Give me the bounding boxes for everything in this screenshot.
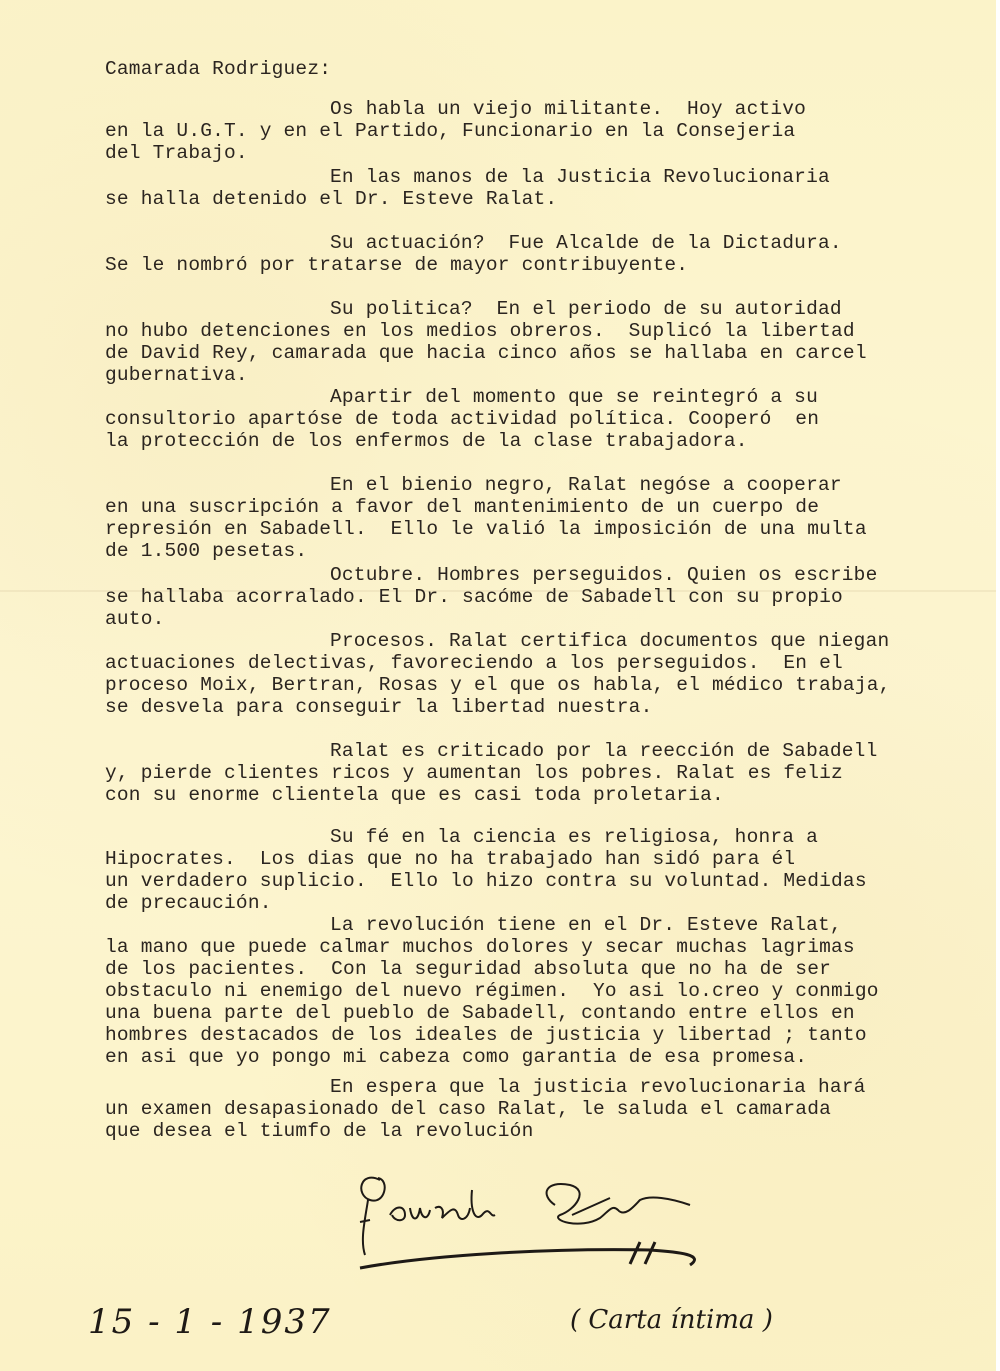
letter-line: no hubo detenciones en los medios obrero… [105, 320, 855, 342]
letter-line: la protección de los enfermos de la clas… [105, 430, 748, 452]
handwritten-date: 15 - 1 - 1937 [88, 1302, 332, 1342]
letter-line: de 1.500 pesetas. [105, 540, 307, 562]
letter-line: la mano que puede calmar muchos dolores … [105, 936, 855, 958]
salutation: Camarada Rodriguez: [105, 58, 331, 80]
letter-line: auto. [105, 608, 165, 630]
letter-line: Su politica? En el periodo de su autorid… [330, 298, 842, 320]
letter-line: en asi que yo pongo mi cabeza como garan… [105, 1046, 807, 1068]
letter-line: Hipocrates. Los dias que no ha trabajado… [105, 848, 795, 870]
letter-line: del Trabajo. [105, 142, 248, 164]
letter-line: proceso Moix, Bertran, Rosas y el que os… [105, 674, 891, 696]
letter-page: Camarada Rodriguez: Os habla un viejo mi… [0, 0, 1000, 1371]
letter-line: una buena parte del pueblo de Sabadell, … [105, 1002, 855, 1024]
letter-line: Apartir del momento que se reintegró a s… [330, 386, 818, 408]
letter-line: se hallaba acorralado. El Dr. sacóme de … [105, 586, 843, 608]
letter-line: En el bienio negro, Ralat negóse a coope… [330, 474, 842, 496]
letter-line: Se le nombró por tratarse de mayor contr… [105, 254, 688, 276]
letter-line: un examen desapasionado del caso Ralat, … [105, 1098, 831, 1120]
letter-line: La revolución tiene en el Dr. Esteve Ral… [330, 914, 842, 936]
letter-line: hombres destacados de los ideales de jus… [105, 1024, 867, 1046]
letter-line: en una suscripción a favor del mantenimi… [105, 496, 819, 518]
letter-line: con su enorme clientela que es casi toda… [105, 784, 724, 806]
letter-line: se desvela para conseguir la libertad nu… [105, 696, 653, 718]
letter-line: Procesos. Ralat certifica documentos que… [330, 630, 889, 652]
letter-line: Su fé en la ciencia es religiosa, honra … [330, 826, 818, 848]
handwritten-signature [350, 1160, 710, 1270]
letter-line: y, pierde clientes ricos y aumentan los … [105, 762, 843, 784]
handwritten-note: ( Carta íntima ) [570, 1305, 773, 1335]
letter-line: obstaculo ni enemigo del nuevo régimen. … [105, 980, 879, 1002]
letter-line: consultorio apartóse de toda actividad p… [105, 408, 819, 430]
letter-line: que desea el tiumfo de la revolución [105, 1120, 533, 1142]
letter-line: de David Rey, camarada que hacia cinco a… [105, 342, 867, 364]
letter-line: represión en Sabadell. Ello le valió la … [105, 518, 867, 540]
letter-line: se halla detenido el Dr. Esteve Ralat. [105, 188, 557, 210]
letter-line: En espera que la justicia revolucionaria… [330, 1076, 866, 1098]
letter-line: En las manos de la Justicia Revolucionar… [330, 166, 830, 188]
letter-line: gubernativa. [105, 364, 248, 386]
letter-line: Ralat es criticado por la reección de Sa… [330, 740, 878, 762]
letter-line: de precaución. [105, 892, 272, 914]
letter-line: en la U.G.T. y en el Partido, Funcionari… [105, 120, 795, 142]
letter-line: un verdadero suplicio. Ello lo hizo cont… [105, 870, 867, 892]
letter-line: Octubre. Hombres perseguidos. Quien os e… [330, 564, 878, 586]
letter-line: actuaciones delectivas, favoreciendo a l… [105, 652, 843, 674]
letter-line: Os habla un viejo militante. Hoy activo [330, 98, 806, 120]
letter-line: Su actuación? Fue Alcalde de la Dictadur… [330, 232, 842, 254]
letter-line: de los pacientes. Con la seguridad absol… [105, 958, 831, 980]
